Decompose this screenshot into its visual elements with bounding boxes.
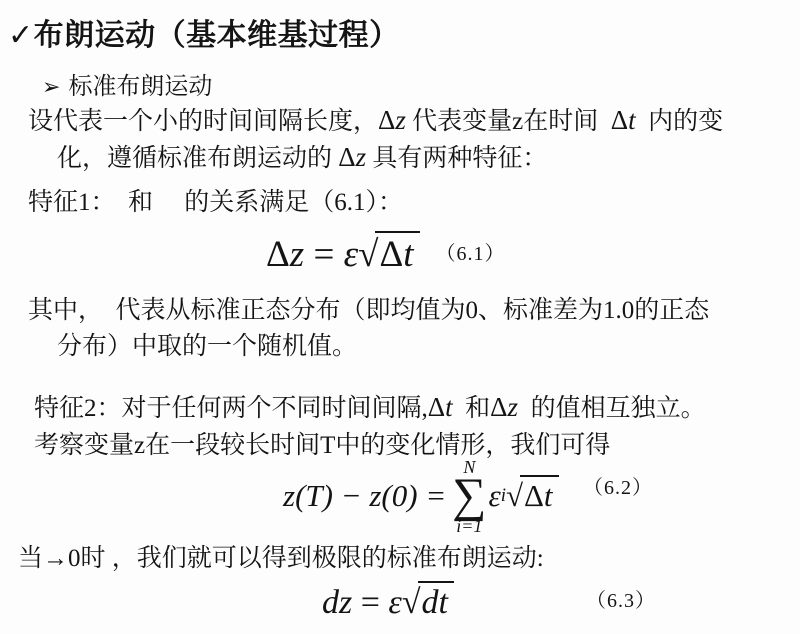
feature2-line: 特征2：对于任何两个不同时间间隔,Δt 和Δz 的值相互独立。 [34, 390, 706, 426]
equation-label-6-3: （6.3） [586, 584, 656, 613]
feature2-post: 的值相互独立。 [518, 395, 706, 422]
intro-l2-post: 具有两种特征： [366, 145, 547, 172]
var-z: z [395, 105, 406, 135]
intro-l2-pre: 化，遵循标准布朗运动的 [57, 145, 338, 172]
slide-title-text: 布朗运动（基本维基过程） [34, 19, 400, 52]
sqrt-expression: √dt [402, 584, 454, 622]
var-t: t [445, 392, 453, 422]
var-t: t [544, 478, 553, 513]
epsilon-desc-line-1: 其中， 代表从标准正态分布（即均值为0、标准差为1.0的正态 [28, 295, 709, 328]
delta-symbol: Δ [338, 142, 355, 172]
var-z: z [339, 584, 352, 621]
bullet-standard-brownian: ➢标准布朗运动 [42, 72, 212, 103]
intro-l1-mid: 代表变量z在时间 [406, 108, 611, 135]
summation-symbol: N∑i=1 [452, 458, 486, 535]
arrowhead-bullet-icon: ➢ [42, 73, 60, 102]
var-t: t [439, 584, 448, 621]
delta-symbol: Δ [428, 392, 445, 422]
delta-symbol: Δ [524, 478, 544, 513]
intro-line-2: 化，遵循标准布朗运动的 Δz 具有两种特征： [57, 140, 547, 176]
var-t: t [403, 234, 413, 275]
var-z: z [290, 234, 304, 275]
var-z: z [356, 142, 367, 172]
epsilon-desc-line-2: 分布）中取的一个随机值。 [57, 331, 357, 364]
intro-line-1: 设代表一个小的时间间隔长度，Δz 代表变量z在时间 Δt 内的变 [28, 103, 723, 139]
slide-title: ✓布朗运动（基本维基过程） [8, 10, 400, 54]
intro-l1-pre: 设代表一个小的时间间隔长度， [28, 108, 378, 135]
feature2-pre: 特征2：对于任何两个不同时间间隔, [34, 395, 428, 422]
intro-l1-post: 内的变 [636, 108, 724, 135]
epsilon-symbol: ε [488, 478, 500, 514]
equation-label-6-1: （6.1） [436, 243, 506, 265]
differential-d: d [422, 584, 439, 621]
var-z: z [508, 392, 519, 422]
checkmark-icon: ✓ [8, 19, 34, 52]
equation-6-1: Δz = ε√Δt（6.1） [266, 233, 506, 276]
equals-sign: = [304, 234, 343, 275]
eq62-lhs: z(T) − z(0) = [283, 478, 446, 514]
sqrt-expression: √Δt [506, 478, 559, 514]
delta-symbol: Δ [378, 105, 395, 135]
sum-lower-limit: i=1 [456, 517, 482, 535]
equals-sign: = [352, 584, 388, 621]
delta-symbol: Δ [490, 392, 507, 422]
equation-6-3: dz = ε√dt [322, 584, 454, 622]
delta-symbol: Δ [266, 234, 290, 275]
sigma-icon: ∑ [452, 476, 486, 517]
feature2-mid: 和 [453, 395, 491, 422]
delta-symbol: Δ [379, 234, 403, 275]
bullet-text: 标准布朗运动 [68, 74, 212, 100]
epsilon-symbol: ε [388, 584, 401, 621]
slide: ✓布朗运动（基本维基过程） ➢标准布朗运动 设代表一个小的时间间隔长度，Δz 代… [0, 0, 800, 634]
equation-6-2: z(T) − z(0) =N∑i=1εi√Δt [283, 458, 559, 535]
sqrt-expression: √Δt [358, 233, 419, 276]
differential-d: d [322, 584, 339, 621]
limit-line: 当→0时 ，我们就可以得到极限的标准布朗运动: [18, 543, 544, 576]
delta-symbol: Δ [611, 105, 628, 135]
var-t: t [628, 105, 636, 135]
equation-label-6-2: （6.2） [583, 471, 653, 500]
feature1-line: 特征1： 和 的关系满足（6.1）： [28, 187, 403, 220]
epsilon-symbol: ε [344, 234, 359, 275]
